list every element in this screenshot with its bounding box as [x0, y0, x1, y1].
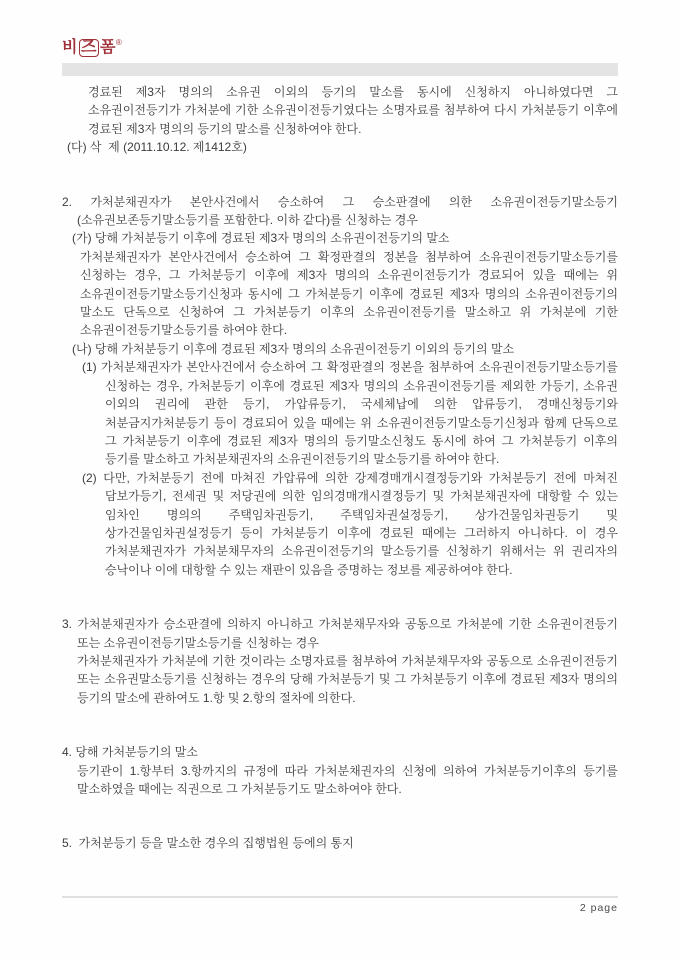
numbered-item-5: 5. 가처분등기 등을 말소한 경우의 집행법원 등에의 통지 — [62, 834, 618, 852]
continuation-paragraph: 경료된 제3자 명의의 소유권 이외의 등기의 말소를 동시에 신청하지 아니하… — [62, 83, 618, 138]
clause-da-deleted: (다) 삭 제 (2011.10.12. 제1412호) — [62, 138, 618, 156]
clause-na-heading: (나) 당해 가처분등기 이후에 경료된 제3자 명의의 소유권이전등기 이외의… — [62, 340, 618, 358]
numbered-item-4-body: 등기관이 1.항부터 3.항까지의 규정에 따라 가처분채권자의 신청에 의하여… — [62, 762, 618, 799]
numbered-item-2: 2. 가처분채권자가 본안사건에서 승소하여 그 승소판결에 의한 소유권이전등… — [62, 193, 618, 230]
clause-ga-heading: (가) 당해 가처분등기 이후에 경료된 제3자 명의의 소유권이전등기의 말소 — [62, 229, 618, 247]
bizforms-logo: 비즈폼® — [62, 38, 122, 58]
page-number: 2 page — [62, 902, 618, 914]
page-header: 비즈폼® — [62, 38, 618, 58]
clause-na-subitem-1: (1) 가처분채권자가 본안사건에서 승소하여 그 확정판결의 정본을 첨부하여… — [62, 358, 618, 468]
numbered-item-4: 4. 당해 가처분등기의 말소 — [62, 743, 618, 761]
numbered-item-3: 3. 가처분채권자가 승소판결에 의하지 아니하고 가처분채무자와 공동으로 가… — [62, 615, 618, 652]
registered-trademark-symbol: ® — [116, 38, 122, 47]
numbered-item-3-body: 가처분채권자가 가처분에 기한 것이라는 소명자료를 첨부하여 가처분채무자와 … — [62, 652, 618, 707]
logo-text-pom: 폼 — [100, 39, 116, 56]
page-footer: 2 page — [62, 896, 618, 914]
clause-na-subitem-2: (2) 다만, 가처분등기 전에 마쳐진 가압류에 의한 강제경매개시결정등기와… — [62, 469, 618, 579]
clause-ga-body: 가처분채권자가 본안사건에서 승소하여 그 확정판결의 정본을 첨부하여 소유권… — [62, 248, 618, 340]
document-page: 비즈폼® 경료된 제3자 명의의 소유권 이외의 등기의 말소를 동시에 신청하… — [0, 0, 680, 962]
logo-text-bi: 비 — [62, 39, 78, 56]
document-body: 경료된 제3자 명의의 소유권 이외의 등기의 말소를 동시에 신청하지 아니하… — [62, 83, 618, 853]
header-divider-bar — [62, 63, 618, 76]
logo-text-jeu-boxed: 즈 — [79, 39, 99, 57]
footer-divider-line — [62, 896, 618, 898]
